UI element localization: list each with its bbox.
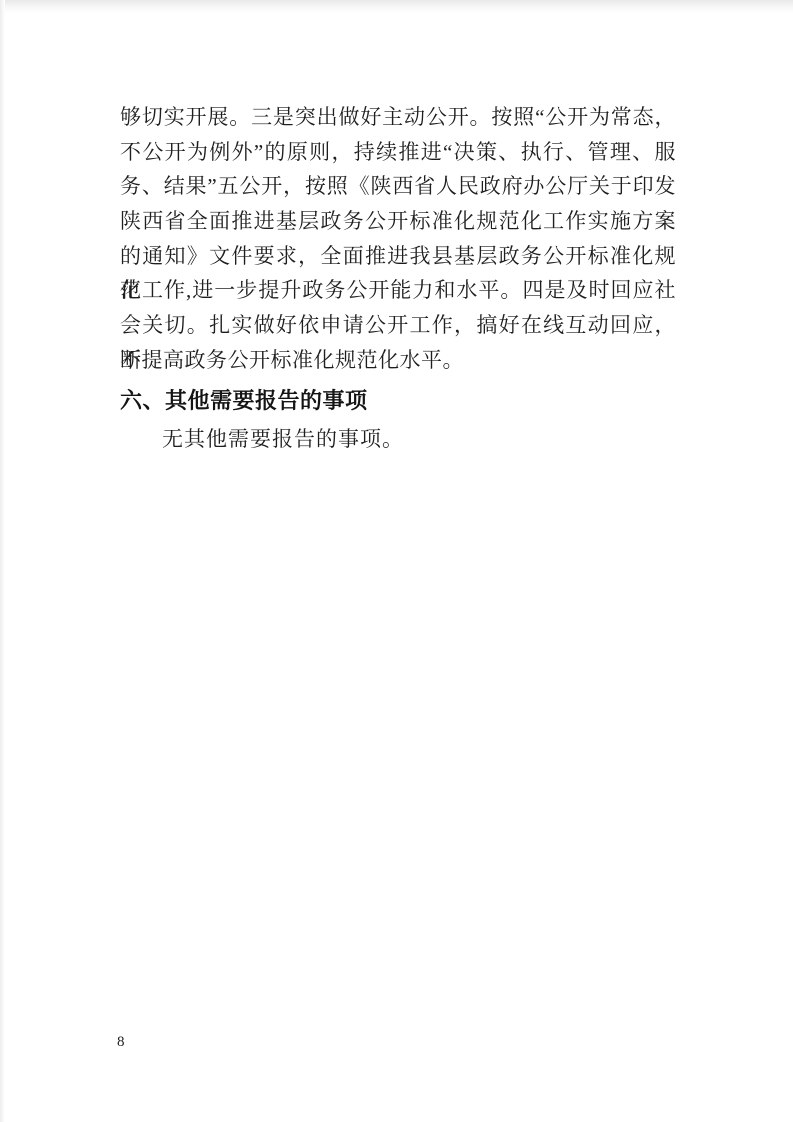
text-block: 够切实开展。三是突出做好主动公开。按照“公开为常态， 不公开为例外”的原则，持续… <box>120 100 676 458</box>
paragraph-line: 的通知》文件要求，全面推进我县基层政务公开标准化规范 <box>120 239 676 274</box>
page-left-edge-shading <box>0 0 5 1122</box>
page-number: 8 <box>117 1034 125 1051</box>
section-heading: 六、其他需要报告的事项 <box>120 382 676 420</box>
paragraph-line: 不公开为例外”的原则，持续推进“决策、执行、管理、服 <box>120 135 676 170</box>
document-page: 够切实开展。三是突出做好主动公开。按照“公开为常态， 不公开为例外”的原则，持续… <box>0 0 793 1122</box>
paragraph-line: 务、结果”五公开，按照《陕西省人民政府办公厅关于印发 <box>120 169 676 204</box>
paragraph-line: 会关切。扎实做好依申请公开工作，搞好在线互动回应，不 <box>120 308 676 343</box>
closing-line: 无其他需要报告的事项。 <box>120 420 676 458</box>
paragraph-line: 断提高政务公开标准化规范化水平。 <box>120 343 676 378</box>
paragraph-line: 化工作,进一步提升政务公开能力和水平。四是及时回应社 <box>120 273 676 308</box>
paragraph-line: 陕西省全面推进基层政务公开标准化规范化工作实施方案 <box>120 204 676 239</box>
paragraph-line: 够切实开展。三是突出做好主动公开。按照“公开为常态， <box>120 100 676 135</box>
body-paragraph: 够切实开展。三是突出做好主动公开。按照“公开为常态， 不公开为例外”的原则，持续… <box>120 100 676 378</box>
page-top-edge-shading <box>0 0 793 13</box>
